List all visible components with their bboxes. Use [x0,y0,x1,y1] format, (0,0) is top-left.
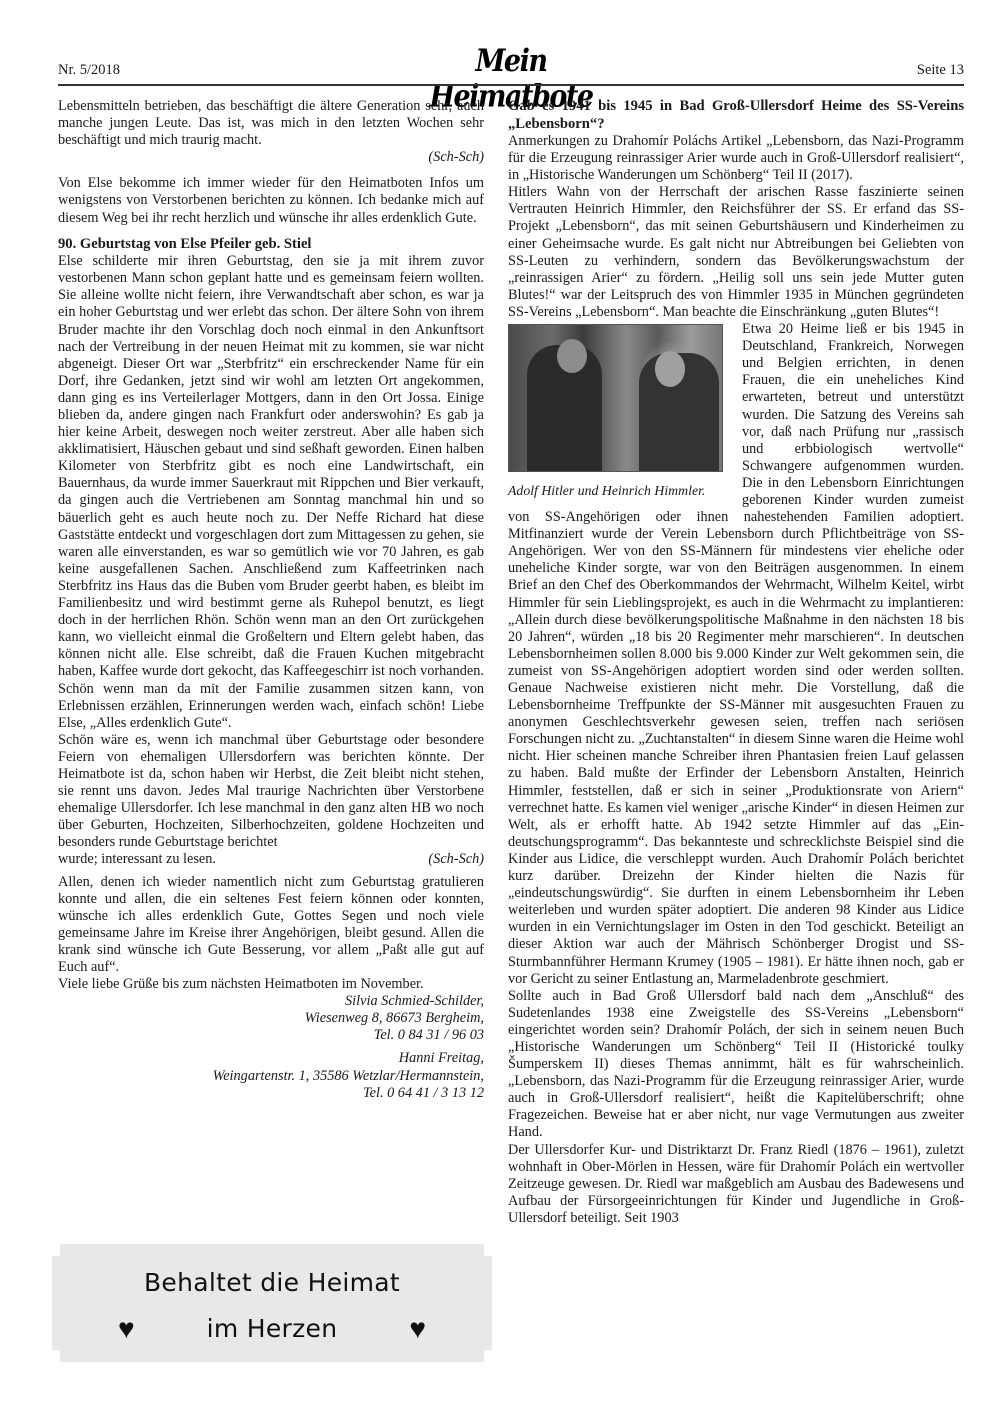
else-paragraph: Von Else bekomme ich immer wieder für de… [58,175,484,226]
reflection-paragraph: Schön wäre es, wenn ich manchmal über Ge… [58,732,484,852]
contact-name: Silvia Schmied-Schilder, [58,993,484,1010]
birthday-paragraph: Else schilderte mir ihren Geburtstag, de… [58,253,484,732]
left-column: Lebensmitteln betrieben, das beschäftigt… [58,98,484,1102]
heart-icon: ♥ [409,1314,426,1346]
banner-line-1: Behaltet die Heimat [60,1268,484,1297]
contact-block-1: Silvia Schmied-Schilder, Wiesenweg 8, 86… [58,993,484,1044]
contact-phone: Tel. 0 84 31 / 96 03 [58,1027,484,1044]
photo-head-left [557,339,587,373]
closing-line: Viele liebe Grüße bis zum nächsten Heima… [58,976,484,993]
photo-figure: Adolf Hitler und Heinrich Himmler. [508,324,730,499]
article-paragraph-1: Hitlers Wahn von der Herrschaft der aris… [508,184,964,321]
wishes-paragraph: Allen, denen ich wieder namentlich nicht… [58,874,484,977]
article-paragraph-3: Sollte auch in Bad Groß Ullersdorf bald … [508,988,964,1142]
page-header: Nr. 5/2018 Mein Heimatbote Seite 13 [58,46,964,86]
historical-photo [508,324,723,472]
article-intro: Anmerkungen zu Drahomír Poláchs Artikel … [508,133,964,184]
contact-name: Hanni Freitag, [58,1050,484,1067]
reflection-signature: (Sch-Sch) [428,851,484,868]
reflection-last-text: wurde; interessant zu lesen. [58,851,216,868]
page-number: Seite 13 [917,62,964,79]
photo-head-right [655,351,685,387]
photo-caption: Adolf Hitler und Heinrich Himmler. [508,482,730,499]
article-paragraph-4: Der Ullersdorfer Kur- und Distriktarzt D… [508,1142,964,1227]
intro-paragraph: Lebensmitteln betrieben, das beschäftigt… [58,98,484,149]
right-column: Gab es 1941 bis 1945 in Bad Groß-Ullersd… [508,98,964,1227]
spacer [58,227,484,236]
birthday-heading: 90. Geburtstag von Else Pfeiler geb. Sti… [58,236,484,254]
contact-phone: Tel. 0 64 41 / 3 13 12 [58,1085,484,1102]
article-heading: Gab es 1941 bis 1945 in Bad Groß-Ullersd… [508,98,964,133]
header-rule [58,84,964,86]
contact-block-2: Hanni Freitag, Weingartenstr. 1, 35586 W… [58,1050,484,1101]
intro-signature: (Sch-Sch) [58,149,484,166]
contact-address: Weingartenstr. 1, 35586 Wetzlar/Hermanns… [58,1068,484,1085]
heimat-banner: Behaltet die Heimat ♥ im Herzen ♥ [60,1244,484,1362]
issue-number: Nr. 5/2018 [58,62,120,79]
contact-address: Wiesenweg 8, 86673 Bergheim, [58,1010,484,1027]
spacer [58,166,484,175]
reflection-last-line: wurde; interessant zu lesen. (Sch-Sch) [58,851,484,868]
newsletter-page: Nr. 5/2018 Mein Heimatbote Seite 13 Lebe… [58,0,964,1411]
